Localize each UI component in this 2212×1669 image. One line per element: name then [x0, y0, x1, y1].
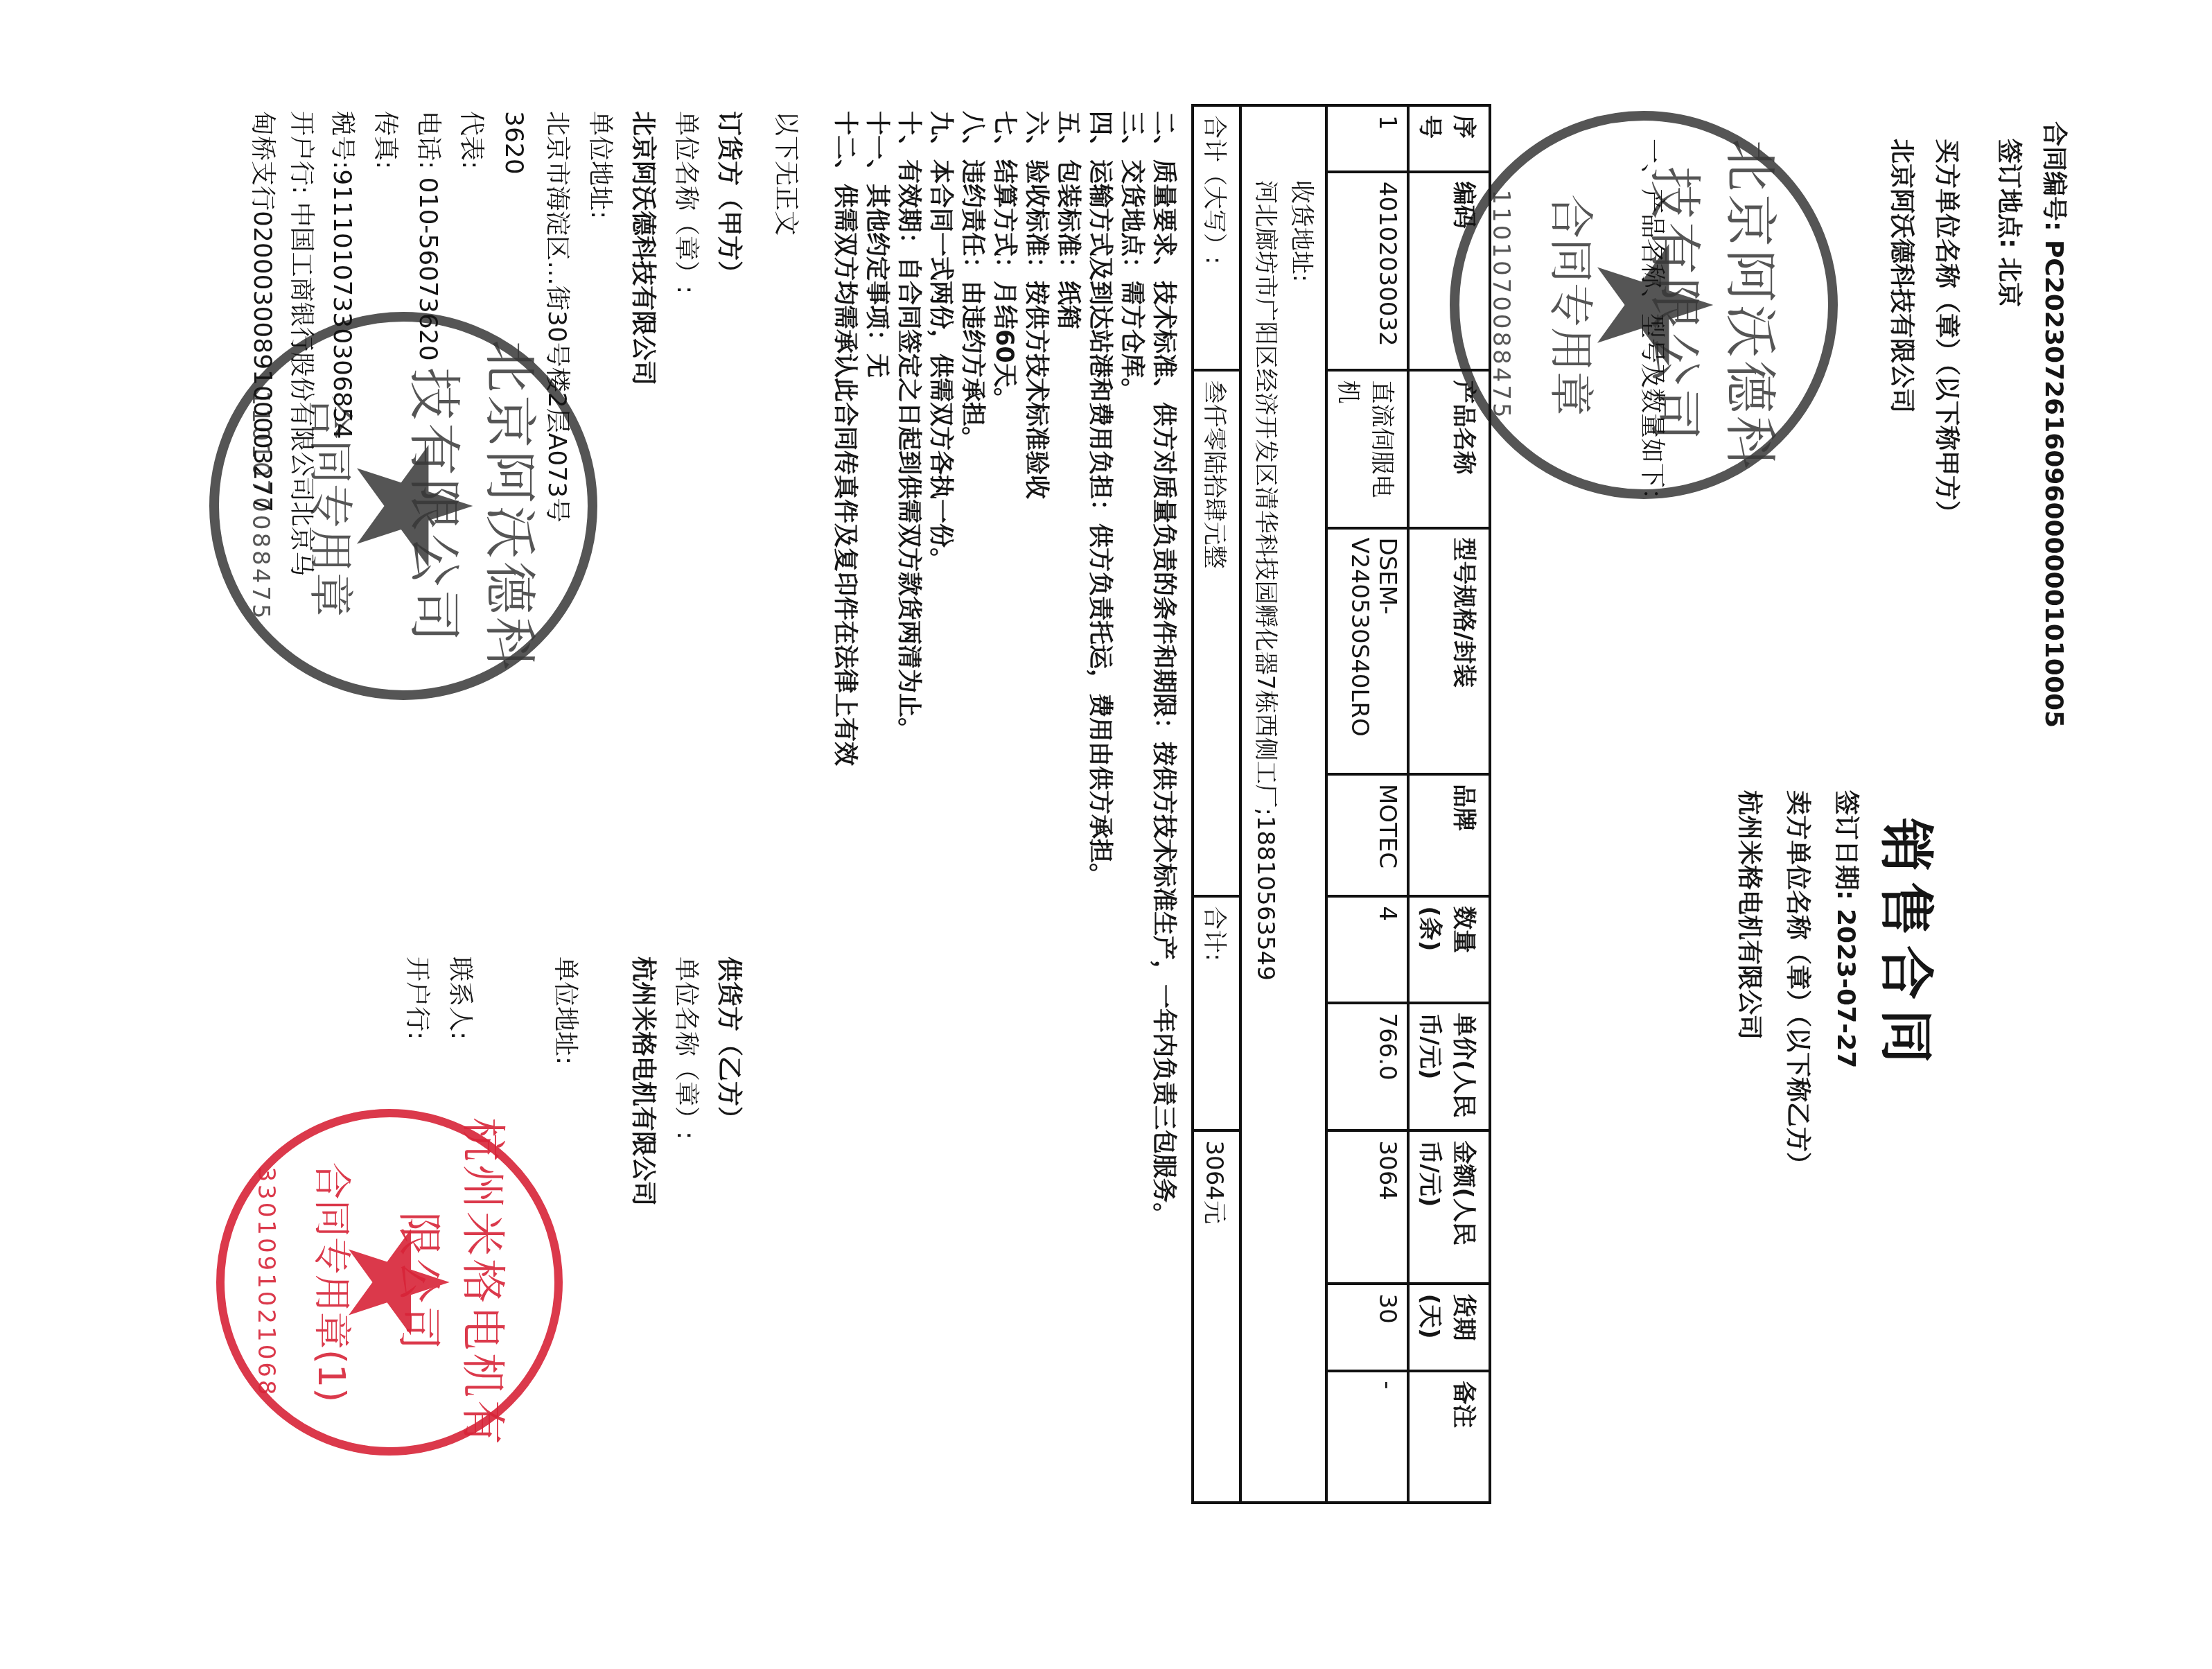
col-header: 品牌	[1408, 774, 1490, 896]
contract-number-value: PC20230726160960000001010005	[2039, 240, 2068, 728]
total-row: 合计（大写）: 叁仟零陆拾肆元整 合计: 3064元	[1193, 105, 1240, 1503]
seller-name-label: 单位名称（章）:	[664, 956, 707, 1206]
clause: 十二、供需双方均需承认此合同传真件及复印件在法律上有效	[829, 111, 861, 1227]
sign-place-label: 签订地点:	[1994, 139, 2023, 248]
contract-page: 合同编号: PC20230726160960000001010005 签订地点:…	[0, 0, 2212, 1669]
sign-place-value: 北京	[1994, 257, 2023, 307]
col-header: 备注	[1408, 1371, 1490, 1503]
clause: 二、质量要求、技术标准、供方对质量负责的条件和期限：按供方技术标准生产，一年内负…	[1148, 111, 1179, 1227]
seal-footer: 合同专用章(1)	[308, 1117, 361, 1447]
buyer-name: 北京阿沃德科技有限公司	[621, 111, 664, 596]
contract-clauses: 二、质量要求、技术标准、供方对质量负责的条件和期限：按供方技术标准生产，一年内负…	[829, 111, 1179, 1227]
seal-code: 1101070088475	[1487, 121, 1515, 489]
delivery-address-value: 河北廊坊市广阳区经济开发区清华科技园孵化器7栋西侧工厂;18810563549	[1247, 180, 1283, 1493]
delivery-address-cell: 收货地址: 河北廊坊市广阳区经济开发区清华科技园孵化器7栋西侧工厂;188105…	[1240, 172, 1326, 1503]
cell-amount: 3064	[1326, 1130, 1408, 1284]
col-header: 型号规格/封装	[1408, 528, 1490, 774]
clause: 八、违约责任：由违约方承担。	[956, 111, 988, 1227]
seller-name: 杭州米格电机有限公司	[621, 956, 664, 1206]
total-upper-label: 合计（大写）:	[1193, 105, 1240, 370]
clause: 四、运输方式及到达站港和费用负担：供方负责托运，费用由供方承担。	[1084, 111, 1116, 1227]
cell-quantity: 4	[1326, 896, 1408, 1003]
clause: 十、有效期：自合同签定之日起到供需双方款货两清为止。	[893, 111, 924, 1227]
buyer-intro: 买方单位名称（章）（以下称甲方）	[1931, 139, 1966, 525]
clause: 三、交货地点：需方仓库。	[1116, 111, 1148, 1227]
cell-model: DSEM-V240530S40LRO	[1326, 528, 1408, 774]
clause: 六、验收标准：按供方技术标准验收	[1020, 111, 1052, 1227]
seal-footer: 合同专用章	[1543, 121, 1606, 489]
col-header: 单价(人民币/元)	[1408, 1003, 1490, 1130]
seller-intro: 卖方单位名称（章）（以下称乙方）	[1782, 790, 1817, 1177]
buyer-name-header: 北京阿沃德科技有限公司	[1886, 139, 1921, 413]
seal-code: 3301091021068	[252, 1117, 280, 1447]
delivery-address-row: 收货地址: 河北廊坊市广阳区经济开发区清华科技园孵化器7栋西侧工厂;188105…	[1240, 105, 1326, 1503]
sign-date: 签订日期: 2023-07-27	[1830, 790, 1866, 1068]
cell-unit-price: 766.0	[1326, 1003, 1408, 1130]
total-upper-value: 叁仟零陆拾肆元整	[1193, 370, 1240, 896]
seal-code: 1101070088475	[247, 322, 274, 690]
page-title: 销售合同	[1871, 818, 1949, 1073]
cell-index: 1	[1326, 105, 1408, 172]
cell-remark: -	[1326, 1371, 1408, 1503]
col-header: 数量(条)	[1408, 896, 1490, 1003]
end-note: 以下无正文	[770, 111, 805, 236]
clause: 五、包装标准：纸箱	[1052, 111, 1084, 1227]
seller-heading: 供货方（乙方）	[707, 956, 750, 1206]
total-value: 3064元	[1193, 1130, 1240, 1503]
blank-cell	[1240, 105, 1326, 172]
buyer-name-label: 单位名称（章）:	[664, 111, 707, 596]
buyer-bank-label: 开户行:	[287, 111, 315, 194]
company-seal-buyer: 北京阿沃德科技有限公司 ★ 合同专用章 1101070088475	[209, 312, 597, 700]
col-header: 序号	[1408, 105, 1490, 172]
buyer-phone-label: 电话:	[414, 111, 442, 169]
cell-product-name: 直流伺服电机	[1326, 370, 1408, 527]
contract-number-label: 合同编号:	[2039, 121, 2068, 231]
delivery-address-label: 收货地址:	[1283, 180, 1319, 1493]
buyer-tax-label: 税号:	[328, 111, 356, 169]
sign-place: 签订地点: 北京	[1993, 139, 2028, 307]
clause: 十一、其他约定事项：无	[861, 111, 893, 1227]
seller-name-header: 杭州米格电机有限公司	[1733, 790, 1768, 1040]
buyer-heading: 订货方（甲方）	[707, 111, 750, 596]
col-header: 货期(天)	[1408, 1284, 1490, 1371]
cell-brand: MOTEC	[1326, 774, 1408, 896]
cell-lead-time: 30	[1326, 1284, 1408, 1371]
contract-number: 合同编号: PC20230726160960000001010005	[2038, 121, 2073, 728]
seller-address-label: 单位地址:	[543, 956, 586, 1206]
clause: 七、结算方式：月结60天。	[988, 111, 1020, 1227]
col-header: 金额(人民币/元)	[1408, 1130, 1490, 1284]
table-row: 1 40102030032 直流伺服电机 DSEM-V240530S40LRO …	[1326, 105, 1408, 1503]
total-label: 合计:	[1193, 896, 1240, 1130]
company-seal-top: 北京阿沃德科技有限公司 ★ 合同专用章 1101070088475	[1450, 111, 1838, 499]
seal-footer: 合同专用章	[302, 322, 366, 690]
cell-code: 40102030032	[1326, 172, 1408, 371]
sign-date-label: 签订日期:	[1832, 790, 1860, 900]
product-table: 序号 编码 产品名称 型号规格/封装 品牌 数量(条) 单价(人民币/元) 金额…	[1191, 104, 1491, 1504]
sign-date-value: 2023-07-27	[1832, 909, 1860, 1068]
company-seal-seller: 杭州米格电机有限公司 ★ 合同专用章(1) 3301091021068	[216, 1109, 563, 1456]
clause: 九、本合同一式两份，供需双方各执一份。	[924, 111, 956, 1227]
